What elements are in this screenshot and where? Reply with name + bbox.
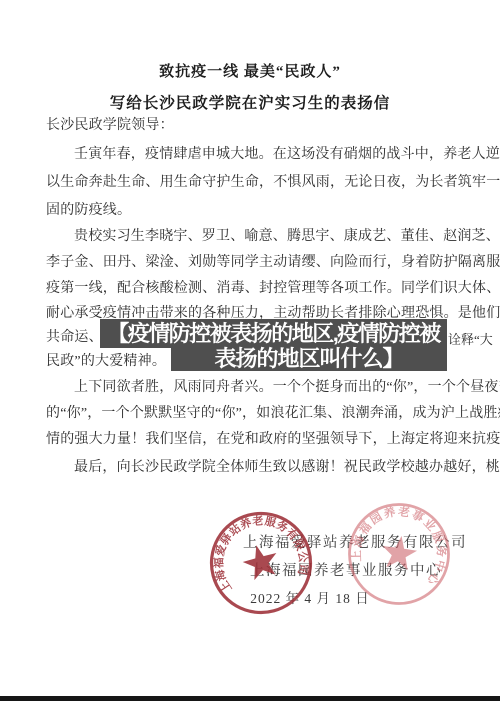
body-line: 疫第一线，配合核酸检测、消毒、封控管理等各项工作。同学们识大体、顾大局， (46, 280, 486, 297)
letter-title-line-1: 致抗疫一线 最美“民政人” (0, 60, 500, 81)
overlay-banner-line-2: 表扬的地区叫什么】 (171, 348, 447, 371)
seal-star-icon (380, 533, 419, 571)
body-line: 的“你”，一个个默默坚守的“你”，如浪花汇集、浪潮奔涌，成为沪上战胜疫 (46, 405, 486, 422)
red-seal-right-graphic: 上海福园养老事业服务中心 (337, 492, 461, 616)
seal-star-icon (239, 541, 281, 582)
body-line: 李子金、田丹、梁淦、刘勋等同学主动请缨、向险而行，身着防护隔离服投身抗 (46, 254, 486, 271)
red-seal-right: 上海福园养老事业服务中心 (337, 492, 461, 616)
body-line: 壬寅年春，疫情肆虐申城大地。在这场没有硝烟的战斗中，养老人逆行出征， (46, 146, 500, 163)
body-line: 上下同欲者胜，风雨同舟者兴。一个个挺身而出的“你”，一个个昼夜奋战 (46, 379, 500, 396)
overlay-banner-line-1: 【疫情防控被表扬的地区,疫情防控被 (100, 319, 447, 348)
red-seal-left: 上海福爱驿站养老服务有限公司 (194, 496, 329, 631)
body-fragment-right-of-banner: 诠释“大 (448, 329, 493, 348)
body-line: 贵校实习生李晓宇、罗卫、喻意、腾思宇、康成艺、董佳、赵润芝、凌戴、 (46, 228, 500, 245)
body-line: 固的防疫线。 (46, 202, 486, 219)
body-line: 以生命奔赴生命、用生命守护生命，不惧风雨，无论日夜，为长者筑牢一道道坚 (46, 174, 486, 191)
body-line: 最后，向长沙民政学院全体师生致以感谢！祝民政学校越办越好，桃李天下！ (46, 459, 500, 476)
commendation-letter-page: 致抗疫一线 最美“民政人” 写给长沙民政学院在沪实习生的表扬信 长沙民政学院领导… (0, 0, 500, 701)
body-line: 情的强大力量！我们坚信，在党和政府的坚强领导下，上海定将迎来抗疫的胜利。 (46, 431, 486, 448)
letter-title-line-2: 写给长沙民政学院在沪实习生的表扬信 (0, 91, 500, 113)
red-seal-left-graphic: 上海福爱驿站养老服务有限公司 (194, 496, 329, 631)
salutation: 长沙民政学院领导： (46, 117, 486, 134)
bottom-black-bar (0, 696, 500, 701)
